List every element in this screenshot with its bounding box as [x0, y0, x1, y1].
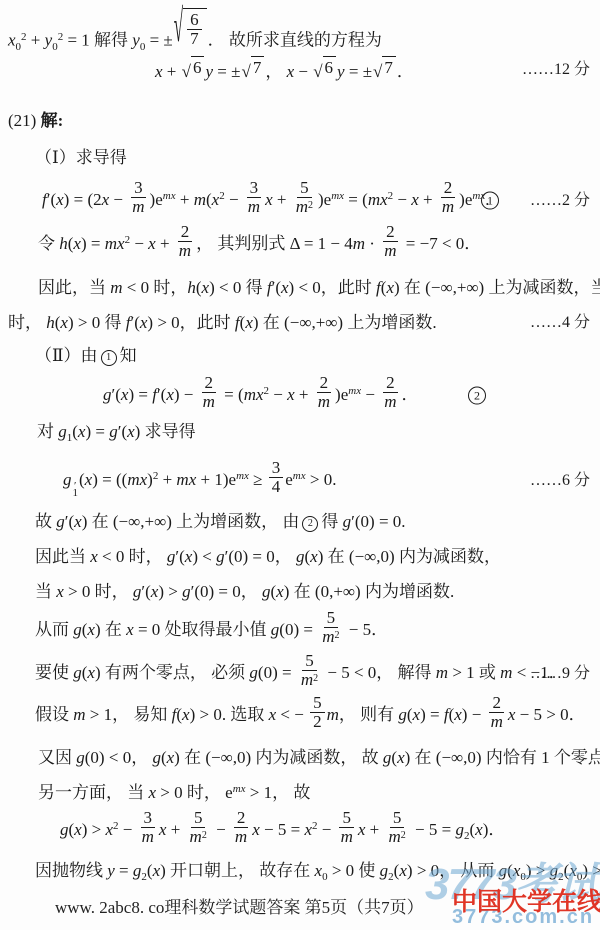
solution-line-18: 假设 m > 1， 易知 f(x) > 0. 选取 x < − 52m， 则有 …	[0, 697, 600, 735]
solution-line-19: 又因 g(0) < 0， g(x) 在 (−∞,0) 内为减函数， 故 g(x)…	[0, 747, 600, 770]
equation-number-badge: 1	[478, 189, 502, 212]
score-mark: ……4 分	[530, 313, 590, 335]
solution-line-12: g′1(x) = ((mx)2 + mx + 1)emx ≥ 34emx > 0…	[0, 462, 600, 500]
solution-line-5: f′(x) = (2x − 3m)emx + m(x2 − 3mx + 5m2)…	[0, 182, 600, 220]
score-mark: ……12 分	[522, 59, 590, 81]
score-mark: ……9 分	[530, 663, 590, 685]
equation-number-badge: 2	[465, 384, 489, 407]
score-mark: ……6 分	[530, 470, 590, 492]
score-mark: ……2 分	[530, 190, 590, 212]
solution-line-1: x02 + y02 = 1 解得 y0 = ±√67． 故所求直线的方程为	[0, 8, 600, 53]
solution-line-16: 从而 g(x) 在 x = 0 处取得最小值 g(0) = 5m2 − 5．	[0, 612, 600, 650]
solution-line-21: g(x) > x2 − 3mx + 5m2 − 2mx − 5 = x2 − 5…	[0, 812, 600, 850]
solution-line-20: 另一方面， 当 x > 0 时， emx > 1， 故	[0, 782, 600, 805]
solution-line-3: (21) 解:	[0, 110, 600, 133]
solution-line-2: x + √6y = ±√7， x − √6y = ±√7．……12 分	[0, 56, 600, 84]
solution-line-14: 因此当 x < 0 时， g′(x) < g′(0) = 0， g(x) 在 (…	[0, 546, 600, 569]
page-footer: www. 2abc8. co理科数学试题答案 第5页（共7页）	[55, 893, 424, 918]
solution-line-11: 对 g1(x) = g′(x) 求导得	[0, 421, 600, 444]
solution-line-6: 令 h(x) = mx2 − x + 2m， 其判别式 Δ = 1 − 4m ·…	[0, 226, 600, 264]
solution-line-9: （Ⅱ）由1知	[0, 345, 600, 368]
solution-line-7: 因此，当 m < 0 时，h(x) < 0 得 f′(x) < 0，此时 f(x…	[0, 277, 600, 300]
watermark-banner: 中国大学在线	[452, 882, 600, 918]
solution-line-13: 故 g′(x) 在 (−∞,+∞) 上为增函数， 由2得 g′(0) = 0.	[0, 511, 600, 534]
solution-line-4: （Ⅰ）求导得	[0, 147, 600, 170]
solution-line-17: 要使 g(x) 有两个零点， 必须 g(0) = 5m2 − 5 < 0， 解得…	[0, 655, 600, 693]
solution-line-10: g′(x) = f′(x) − 2m = (mx2 − x + 2m)emx −…	[0, 377, 600, 415]
solution-line-15: 当 x > 0 时， g′(x) > g′(0) = 0， g(x) 在 (0,…	[0, 581, 600, 604]
solution-line-8: 时， h(x) > 0 得 f′(x) > 0，此时 f(x) 在 (−∞,+∞…	[0, 312, 600, 335]
exam-answer-page: x02 + y02 = 1 解得 y0 = ±√67． 故所求直线的方程为x +…	[0, 0, 600, 930]
